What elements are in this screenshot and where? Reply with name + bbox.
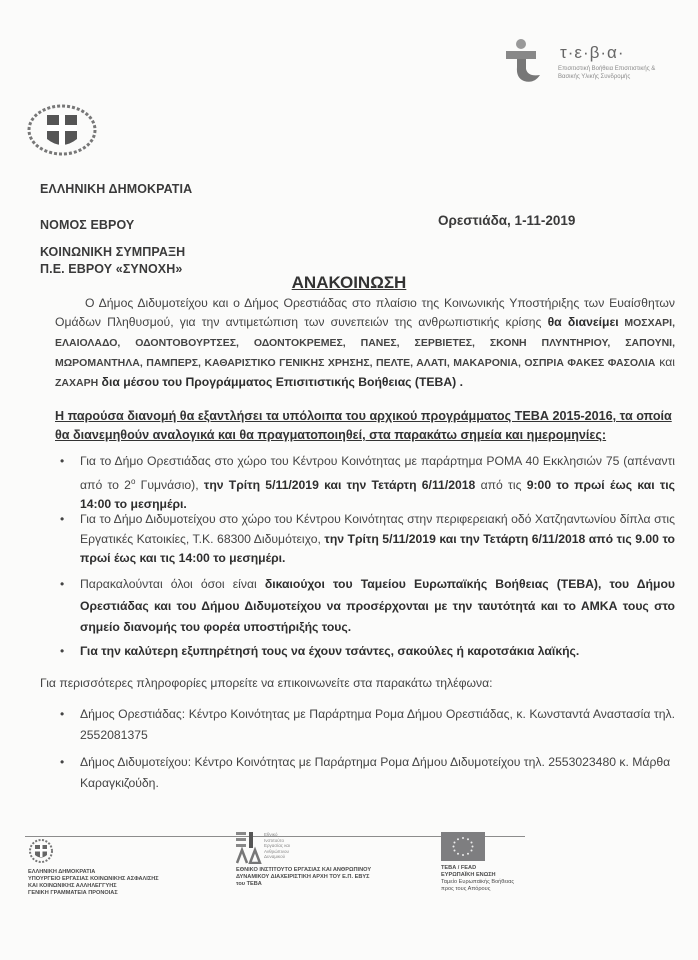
bullet-icon: • xyxy=(60,574,80,639)
intro-program: δια μέσου του Προγράμματος Επισιτιστικής… xyxy=(98,375,463,389)
intro-bold: θα διανείμει xyxy=(548,315,619,329)
contact-text: Δήμος Ορεστιάδας: Κέντρο Κοινότητας με Π… xyxy=(80,704,675,746)
intro-and: και xyxy=(655,355,675,369)
info-intro: Για περισσότερες πληροφορίες μπορείτε να… xyxy=(40,676,493,690)
greek-coat-of-arms-icon xyxy=(25,103,100,158)
request-item-bags: • Για την καλύτερη εξυπηρέτησή τους να έ… xyxy=(60,642,680,662)
teba-logo-name: τ·ε·β·α· xyxy=(560,43,625,63)
footer-ministry: ΕΛΛΗΝΙΚΗ ΔΗΜΟΚΡΑΤΙΑ ΥΠΟΥΡΓΕΙΟ ΕΡΓΑΣΙΑΣ Κ… xyxy=(28,869,159,897)
contact-text: Δήμος Διδυμοτείχου: Κέντρο Κοινότητας με… xyxy=(80,752,675,794)
eiead-logo-text: Εθνικό Ινστιτούτο Εργασίας και Ανθρώπινο… xyxy=(264,832,290,860)
teba-logo-subtitle: Επισιτιστική Βοήθεια Επισιτιστικής & Βασ… xyxy=(558,66,668,81)
request-item-beneficiaries: • Παρακαλούνται όλοι όσοι είναι δικαιούχ… xyxy=(60,574,680,639)
location-text: Για το Δήμο Ορεστιάδας στο χώρο του Κέντ… xyxy=(80,452,675,515)
location-item-didymoteicho: • Για το Δήμο Διδυμοτείχου στο χώρο του … xyxy=(60,510,680,569)
header-partnership: ΚΟΙΝΩΝΙΚΗ ΣΥΜΠΡΑΞΗ xyxy=(40,245,185,259)
contact-item-orestiada: • Δήμος Ορεστιάδας: Κέντρο Κοινότητας με… xyxy=(60,704,680,746)
location-text: Για το Δήμο Διδυμοτείχου στο χώρο του Κέ… xyxy=(80,510,675,569)
request-text: Για την καλύτερη εξυπηρέτησή τους να έχο… xyxy=(80,642,675,662)
header-prefecture: ΝΟΜΟΣ ΕΒΡΟΥ xyxy=(40,218,134,232)
bullet-icon: • xyxy=(60,642,80,662)
document-date: Ορεστιάδα, 1-11-2019 xyxy=(438,213,575,228)
contact-item-didymoteicho: • Δήμος Διδυμοτείχου: Κέντρο Κοινότητας … xyxy=(60,752,680,794)
location-item-orestiada: • Για το Δήμο Ορεστιάδας στο χώρο του Κέ… xyxy=(60,452,680,515)
bullet-icon: • xyxy=(60,510,80,569)
ministry-emblem-icon xyxy=(28,838,54,864)
distribution-notice: Η παρούσα διανομή θα εξαντλήσει τα υπόλο… xyxy=(55,407,675,445)
bullet-icon: • xyxy=(60,704,80,746)
header-republic: ΕΛΛΗΝΙΚΗ ΔΗΜΟΚΡΑΤΙΑ xyxy=(40,182,192,196)
intro-paragraph: Ο Δήμος Διδυμοτείχου και ο Δήμος Ορεστιά… xyxy=(55,294,675,393)
page-title: ΑΝΑΚΟΙΝΩΣΗ xyxy=(0,273,698,293)
footer-eiead: ΕΘΝΙΚΟ ΙΝΣΤΙΤΟΥΤΟ ΕΡΓΑΣΙΑΣ ΚΑΙ ΑΝΘΡΩΠΙΝΟ… xyxy=(236,867,371,888)
footer-eu: ΤΕΒΑ / FEAD ΕΥΡΩΠΑΪΚΗ ΕΝΩΣΗ Ταμείο Ευρωπ… xyxy=(441,865,514,893)
intro-items-end: ΖΑΧΑΡΗ xyxy=(55,377,98,389)
teba-logo-icon xyxy=(506,38,552,84)
bullet-icon: • xyxy=(60,752,80,794)
request-text: Παρακαλούνται όλοι όσοι είναι δικαιούχοι… xyxy=(80,574,675,639)
eu-flag-icon xyxy=(441,832,485,861)
bullet-icon: • xyxy=(60,452,80,515)
eiead-logo-icon: Εθνικό Ινστιτούτο Εργασίας και Ανθρώπινο… xyxy=(236,830,306,864)
